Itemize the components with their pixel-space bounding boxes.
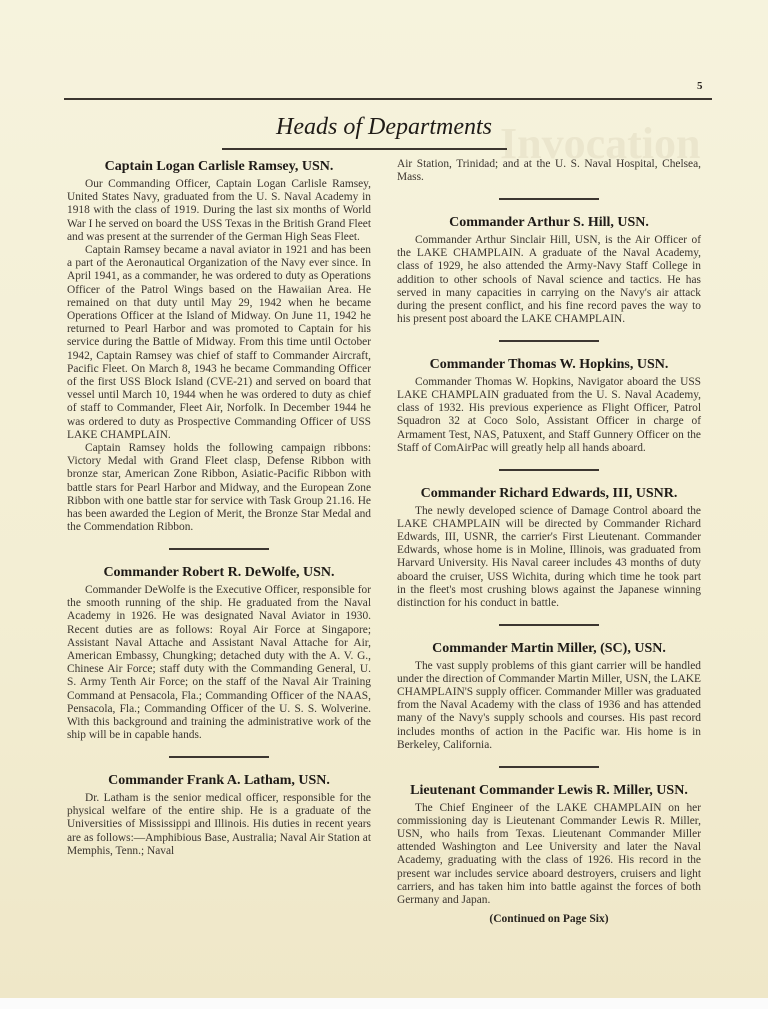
section-divider bbox=[499, 340, 599, 342]
section-divider bbox=[499, 469, 599, 471]
section-heading: Commander Martin Miller, (SC), USN. bbox=[397, 640, 701, 658]
paragraph: Captain Ramsey holds the following campa… bbox=[67, 442, 371, 534]
paragraph: Commander Arthur Sinclair Hill, USN, is … bbox=[397, 234, 701, 326]
section-ramsey: Captain Logan Carlisle Ramsey, USN. Our … bbox=[67, 158, 371, 534]
section-divider bbox=[169, 756, 269, 758]
section-martin-miller: Commander Martin Miller, (SC), USN. The … bbox=[397, 640, 701, 752]
section-heading: Commander Thomas W. Hopkins, USN. bbox=[397, 356, 701, 374]
paragraph: Air Station, Trinidad; and at the U. S. … bbox=[397, 158, 701, 184]
section-divider bbox=[499, 766, 599, 768]
page-bottom-edge bbox=[0, 998, 768, 1009]
section-divider bbox=[169, 548, 269, 550]
section-hill: Commander Arthur S. Hill, USN. Commander… bbox=[397, 214, 701, 326]
section-lewis-miller: Lieutenant Commander Lewis R. Miller, US… bbox=[397, 782, 701, 908]
page-title: Heads of Departments bbox=[0, 114, 768, 141]
continued-notice: (Continued on Page Six) bbox=[397, 913, 701, 925]
paragraph: The vast supply problems of this giant c… bbox=[397, 660, 701, 752]
paragraph: Dr. Latham is the senior medical officer… bbox=[67, 792, 371, 858]
section-latham: Commander Frank A. Latham, USN. Dr. Lath… bbox=[67, 772, 371, 858]
section-dewolfe: Commander Robert R. DeWolfe, USN. Comman… bbox=[67, 564, 371, 742]
section-divider bbox=[499, 198, 599, 200]
section-edwards: Commander Richard Edwards, III, USNR. Th… bbox=[397, 485, 701, 611]
section-hopkins: Commander Thomas W. Hopkins, USN. Comman… bbox=[397, 356, 701, 455]
header-rule bbox=[64, 98, 712, 100]
left-column: Captain Logan Carlisle Ramsey, USN. Our … bbox=[67, 158, 371, 858]
paragraph: The Chief Engineer of the LAKE CHAMPLAIN… bbox=[397, 802, 701, 908]
paragraph: Captain Ramsey became a naval aviator in… bbox=[67, 244, 371, 442]
title-underline bbox=[222, 148, 507, 150]
paragraph: The newly developed science of Damage Co… bbox=[397, 505, 701, 611]
section-heading: Commander Arthur S. Hill, USN. bbox=[397, 214, 701, 232]
section-heading: Commander Frank A. Latham, USN. bbox=[67, 772, 371, 790]
paragraph: Commander Thomas W. Hopkins, Navigator a… bbox=[397, 376, 701, 455]
section-latham-continued: Air Station, Trinidad; and at the U. S. … bbox=[397, 158, 701, 184]
right-column: Air Station, Trinidad; and at the U. S. … bbox=[397, 158, 701, 925]
paragraph: Commander DeWolfe is the Executive Offic… bbox=[67, 584, 371, 742]
page-number: 5 bbox=[697, 80, 703, 92]
section-divider bbox=[499, 624, 599, 626]
section-heading: Captain Logan Carlisle Ramsey, USN. bbox=[67, 158, 371, 176]
paragraph: Our Commanding Officer, Captain Logan Ca… bbox=[67, 178, 371, 244]
section-heading: Commander Robert R. DeWolfe, USN. bbox=[67, 564, 371, 582]
section-heading: Lieutenant Commander Lewis R. Miller, US… bbox=[397, 782, 701, 800]
section-heading: Commander Richard Edwards, III, USNR. bbox=[397, 485, 701, 503]
